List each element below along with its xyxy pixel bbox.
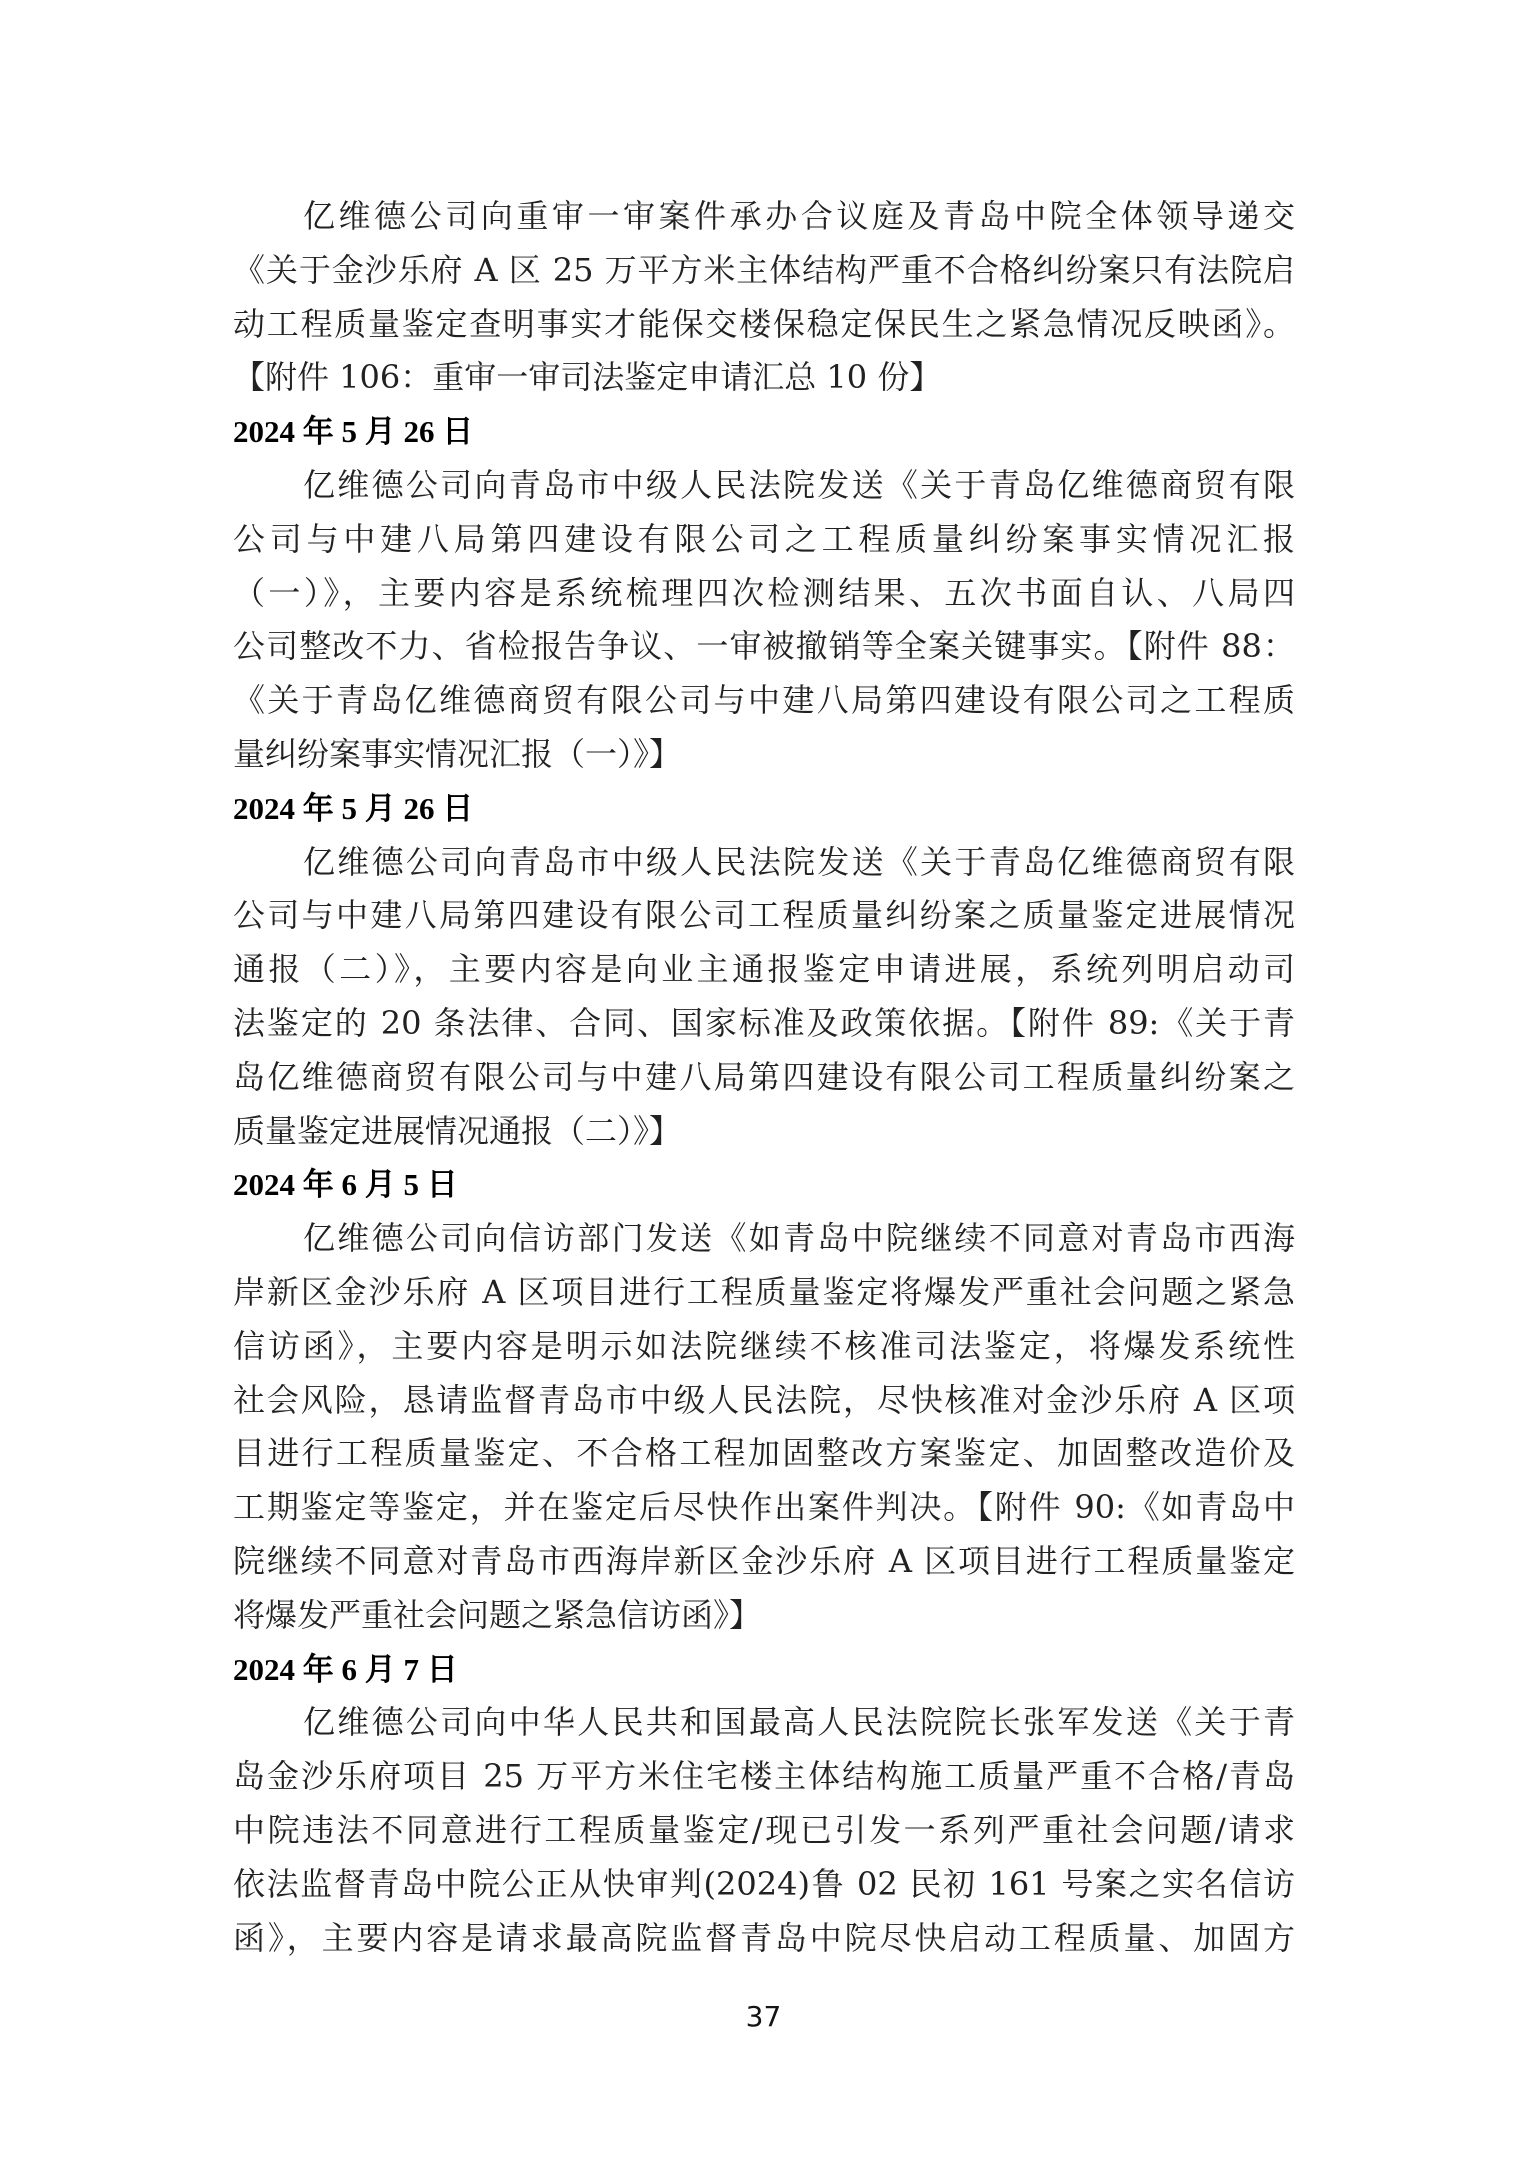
paragraph-line: 通报（二）》，主要内容是向业主通报鉴定申请进展，系统列明启动司 (233, 943, 1295, 997)
paragraph-line: 中院违法不同意进行工程质量鉴定/现已引发一系列严重社会问题/请求 (233, 1804, 1295, 1858)
paragraph-line: 岸新区金沙乐府 A 区项目进行工程质量鉴定将爆发严重社会问题之紧急 (233, 1266, 1295, 1320)
paragraph-line: 质量鉴定进展情况通报（二）》】 (233, 1105, 1295, 1159)
paragraph-line: 社会风险，恳请监督青岛市中级人民法院，尽快核准对金沙乐府 A 区项 (233, 1374, 1295, 1428)
paragraph-line: 公司与中建八局第四建设有限公司工程质量纠纷案之质量鉴定进展情况 (233, 889, 1295, 943)
document-page: 亿维德公司向重审一审案件承办合议庭及青岛中院全体领导递交《关于金沙乐府 A 区 … (0, 0, 1527, 2160)
page-footer: 37 (0, 2000, 1527, 2033)
paragraph-line: 《关于金沙乐府 A 区 25 万平方米主体结构严重不合格纠纷案只有法院启 (233, 244, 1295, 298)
paragraph-line: 亿维德公司向中华人民共和国最高人民法院院长张军发送《关于青 (233, 1696, 1295, 1750)
paragraph-line: 【附件 106：重审一审司法鉴定申请汇总 10 份】 (233, 351, 1295, 405)
paragraph-line: 岛金沙乐府项目 25 万平方米住宅楼主体结构施工质量严重不合格/青岛 (233, 1750, 1295, 1804)
paragraph-line: 亿维德公司向青岛市中级人民法院发送《关于青岛亿维德商贸有限 (233, 459, 1295, 513)
paragraph-line: 动工程质量鉴定查明事实才能保交楼保稳定保民生之紧急情况反映函》。 (233, 298, 1295, 352)
document-text-body: 亿维德公司向重审一审案件承办合议庭及青岛中院全体领导递交《关于金沙乐府 A 区 … (233, 190, 1295, 1965)
paragraph-line: 《关于青岛亿维德商贸有限公司与中建八局第四建设有限公司之工程质 (233, 674, 1295, 728)
paragraph-line: 工期鉴定等鉴定，并在鉴定后尽快作出案件判决。【附件 90:《如青岛中 (233, 1481, 1295, 1535)
paragraph-line: 亿维德公司向重审一审案件承办合议庭及青岛中院全体领导递交 (233, 190, 1295, 244)
date-heading: 2024 年 5 月 26 日 (233, 782, 1295, 836)
paragraph-line: 院继续不同意对青岛市西海岸新区金沙乐府 A 区项目进行工程质量鉴定 (233, 1535, 1295, 1589)
paragraph-line: 依法监督青岛中院公正从快审判(2024)鲁 02 民初 161 号案之实名信访 (233, 1858, 1295, 1912)
paragraph-line: 目进行工程质量鉴定、不合格工程加固整改方案鉴定、加固整改造价及 (233, 1427, 1295, 1481)
date-heading: 2024 年 6 月 7 日 (233, 1643, 1295, 1697)
page-number: 37 (746, 2000, 782, 2033)
paragraph-line: 信访函》，主要内容是明示如法院继续不核准司法鉴定，将爆发系统性 (233, 1320, 1295, 1374)
date-heading: 2024 年 6 月 5 日 (233, 1158, 1295, 1212)
paragraph-line: 量纠纷案事实情况汇报（一）》】 (233, 728, 1295, 782)
paragraph-line: 公司与中建八局第四建设有限公司之工程质量纠纷案事实情况汇报 (233, 513, 1295, 567)
paragraph-line: 法鉴定的 20 条法律、合同、国家标准及政策依据。【附件 89:《关于青 (233, 997, 1295, 1051)
paragraph-line: 函》，主要内容是请求最高院监督青岛中院尽快启动工程质量、加固方 (233, 1912, 1295, 1966)
paragraph-line: 岛亿维德商贸有限公司与中建八局第四建设有限公司工程质量纠纷案之 (233, 1051, 1295, 1105)
paragraph-line: 将爆发严重社会问题之紧急信访函》】 (233, 1589, 1295, 1643)
paragraph-line: （一）》，主要内容是系统梳理四次检测结果、五次书面自认、八局四 (233, 567, 1295, 621)
date-heading: 2024 年 5 月 26 日 (233, 405, 1295, 459)
paragraph-line: 公司整改不力、省检报告争议、一审被撤销等全案关键事实。【附件 88： (233, 620, 1295, 674)
paragraph-line: 亿维德公司向信访部门发送《如青岛中院继续不同意对青岛市西海 (233, 1212, 1295, 1266)
paragraph-line: 亿维德公司向青岛市中级人民法院发送《关于青岛亿维德商贸有限 (233, 836, 1295, 890)
